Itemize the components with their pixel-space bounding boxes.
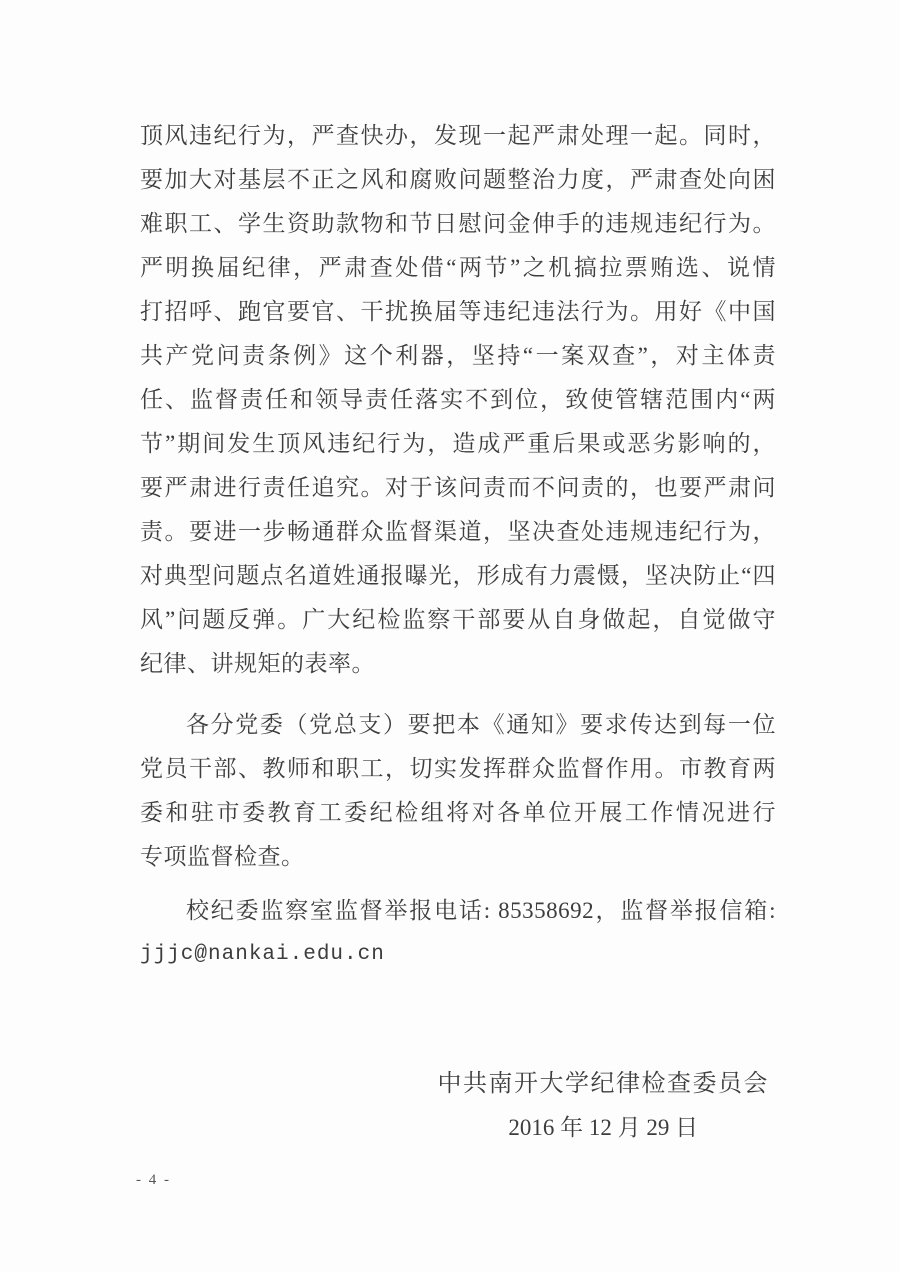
signature-date: 2016 年 12 月 29 日 xyxy=(438,1106,770,1150)
text-line: 打招呼、跑官要官、干扰换届等违纪违法行为。用好《中国 xyxy=(140,290,776,334)
text-line: 任、监督责任和领导责任落实不到位，致使管辖范围内“两 xyxy=(140,378,776,422)
text-line: 要加大对基层不正之风和腐败问题整治力度，严肃查处向困 xyxy=(140,158,776,202)
email-address: jjjc@nankai.edu.cn xyxy=(140,933,776,977)
paragraph-1: 顶风违纪行为，严查快办，发现一起严肃处理一起。同时， 要加大对基层不正之风和腐败… xyxy=(140,114,776,686)
text-line: 各分党委（党总支）要把本《通知》要求传达到每一位 xyxy=(140,703,776,747)
text-line: 纪律、讲规矩的表率。 xyxy=(140,642,776,686)
text-line: 难职工、学生资助款物和节日慰问金伸手的违规违纪行为。 xyxy=(140,202,776,246)
text-line: 责。要进一步畅通群众监督渠道，坚决查处违规违纪行为， xyxy=(140,510,776,554)
text-line: 委和驻市委教育工委纪检组将对各单位开展工作情况进行 xyxy=(140,791,776,835)
text-line: 专项监督检查。 xyxy=(140,835,776,879)
text-line: 共产党问责条例》这个利器，坚持“一案双查”，对主体责 xyxy=(140,334,776,378)
signature-organization: 中共南开大学纪律检查委员会 xyxy=(438,1062,770,1106)
document-body: 顶风违纪行为，严查快办，发现一起严肃处理一起。同时， 要加大对基层不正之风和腐败… xyxy=(140,114,776,977)
page-number: - 4 - xyxy=(136,1172,171,1189)
report-hotline-line: 校纪委监察室监督举报电话: 85358692，监督举报信箱: xyxy=(140,889,776,933)
signature-block: 中共南开大学纪律检查委员会 2016 年 12 月 29 日 xyxy=(438,1062,770,1150)
document-page: 顶风违纪行为，严查快办，发现一起严肃处理一起。同时， 要加大对基层不正之风和腐败… xyxy=(0,0,900,1272)
paragraph-2: 各分党委（党总支）要把本《通知》要求传达到每一位 党员干部、教师和职工，切实发挥… xyxy=(140,703,776,879)
text-line: 对典型问题点名道姓通报曝光，形成有力震慑，坚决防止“四 xyxy=(140,554,776,598)
text-line: 节”期间发生顶风违纪行为，造成严重后果或恶劣影响的， xyxy=(140,422,776,466)
text-line: 要严肃进行责任追究。对于该问责而不问责的，也要严肃问 xyxy=(140,466,776,510)
text-line: 风”问题反弹。广大纪检监察干部要从自身做起，自觉做守 xyxy=(140,598,776,642)
paragraph-3: 校纪委监察室监督举报电话: 85358692，监督举报信箱: jjjc@nank… xyxy=(140,889,776,977)
text-line: 顶风违纪行为，严查快办，发现一起严肃处理一起。同时， xyxy=(140,114,776,158)
text-line: 严明换届纪律，严肃查处借“两节”之机搞拉票贿选、说情 xyxy=(140,246,776,290)
text-line: 党员干部、教师和职工，切实发挥群众监督作用。市教育两 xyxy=(140,747,776,791)
